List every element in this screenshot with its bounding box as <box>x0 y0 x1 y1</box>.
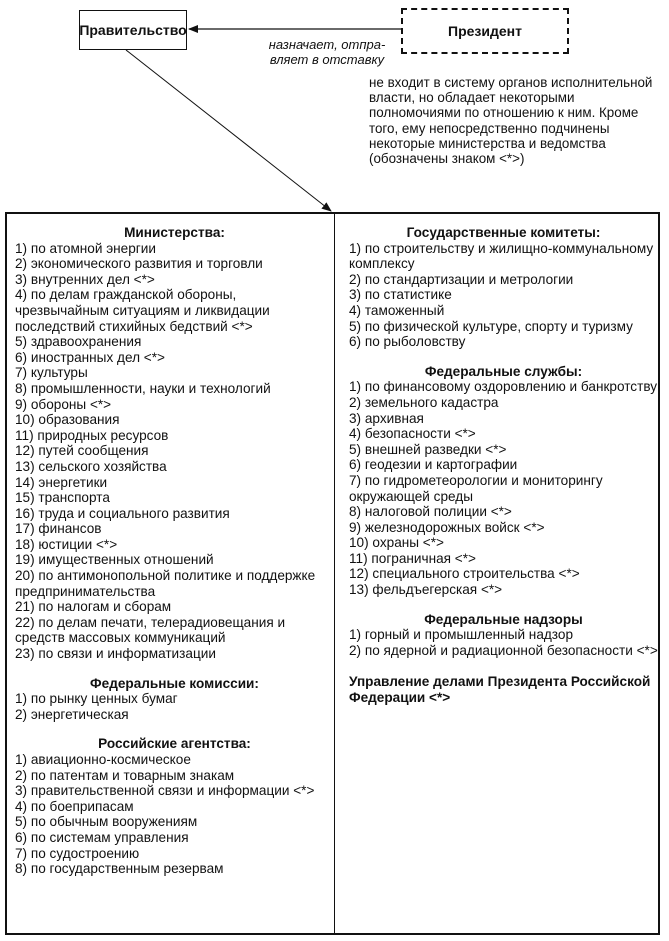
executive-bodies-table: Министерства:1) по атомной энергии2) эко… <box>5 212 660 935</box>
list-item: 19) имущественных отношений <box>15 552 334 568</box>
list-item: 3) правительственной связи и информации … <box>15 783 334 799</box>
list-item: 1) горный и промышленный надзор <box>349 627 658 643</box>
list-item: 1) по финансовому оздоровлению и банкрот… <box>349 379 658 395</box>
list-item: 23) по связи и информатизации <box>15 646 334 662</box>
list-item: 4) таможенный <box>349 303 658 319</box>
list-item: 1) по рынку ценных бумаг <box>15 691 334 707</box>
left-column: Министерства:1) по атомной энергии2) эко… <box>7 214 335 933</box>
section-title: Федеральные комиссии: <box>15 676 334 692</box>
list-item: 13) фельдъегерская <*> <box>349 582 658 598</box>
list-item: 3) внутренних дел <*> <box>15 272 334 288</box>
list-item: 18) юстиции <*> <box>15 537 334 553</box>
list-item: 3) по статистике <box>349 287 658 303</box>
list-item: 7) культуры <box>15 365 334 381</box>
list-item: 4) по делам гражданской обороны, чрезвыч… <box>15 287 334 334</box>
section-title: Федеральные надзоры <box>349 612 658 628</box>
list-item: 15) транспорта <box>15 490 334 506</box>
list-item: 11) пограничная <*> <box>349 551 658 567</box>
list-item: 17) финансов <box>15 521 334 537</box>
list-item: 5) по обычным вооружениям <box>15 814 334 830</box>
list-item: 1) по атомной энергии <box>15 241 334 257</box>
list-item: 5) внешней разведки <*> <box>349 442 658 458</box>
list-item: 9) обороны <*> <box>15 397 334 413</box>
list-item: 4) по боеприпасам <box>15 799 334 815</box>
list-item: 5) по физической культуре, спорту и тури… <box>349 319 658 335</box>
list-item: 2) по ядерной и радиационной безопасност… <box>349 643 658 659</box>
list-item: 11) природных ресурсов <box>15 428 334 444</box>
list-item: 12) специального строительства <*> <box>349 566 658 582</box>
section-title: Министерства: <box>15 225 334 241</box>
government-box: Правительство <box>79 10 187 50</box>
list-item: 2) по патентам и товарным знакам <box>15 768 334 784</box>
list-item: 10) охраны <*> <box>349 535 658 551</box>
section: Государственные комитеты:1) по строитель… <box>349 225 658 350</box>
list-item: 7) по судостроению <box>15 846 334 862</box>
president-note: не входит в систему органов исполнительн… <box>369 75 669 166</box>
arrow-label: назначает, отпра- вляет в отставку <box>251 37 403 67</box>
list-item: 13) сельского хозяйства <box>15 459 334 475</box>
list-item: 21) по налогам и сборам <box>15 599 334 615</box>
list-item: 2) энергетическая <box>15 707 334 723</box>
subordination-arrow <box>126 50 331 211</box>
right-column: Государственные комитеты:1) по строитель… <box>335 214 658 933</box>
list-item: 14) энергетики <box>15 475 334 491</box>
list-item: 16) труда и социального развития <box>15 506 334 522</box>
list-item: 2) земельного кадастра <box>349 395 658 411</box>
list-item: 7) по гидрометеорологии и мониторингу ок… <box>349 473 658 504</box>
list-item: 6) по рыболовству <box>349 334 658 350</box>
list-item: 8) по государственным резервам <box>15 861 334 877</box>
section: Российские агентства:1) авиационно-косми… <box>15 736 334 876</box>
section: Федеральные службы:1) по финансовому озд… <box>349 364 658 598</box>
list-item: 2) по стандартизации и метрологии <box>349 272 658 288</box>
government-label: Правительство <box>79 22 186 38</box>
list-item: 1) по строительству и жилищно-коммунальн… <box>349 241 658 272</box>
list-item: 8) налоговой полиции <*> <box>349 504 658 520</box>
list-item: 2) экономического развития и торговли <box>15 256 334 272</box>
list-item: 10) образования <box>15 412 334 428</box>
list-item: 6) иностранных дел <*> <box>15 350 334 366</box>
list-item: 6) по системам управления <box>15 830 334 846</box>
section: Федеральные комиссии:1) по рынку ценных … <box>15 676 334 723</box>
presidential-administration-title: Управление делами Президента Российской … <box>349 674 658 705</box>
president-label: Президент <box>448 23 522 39</box>
section-title: Федеральные службы: <box>349 364 658 380</box>
section-title: Российские агентства: <box>15 736 334 752</box>
list-item: 12) путей сообщения <box>15 443 334 459</box>
list-item: 20) по антимонопольной политике и поддер… <box>15 568 334 599</box>
list-item: 6) геодезии и картографии <box>349 457 658 473</box>
president-box: Президент <box>401 8 569 54</box>
section-title: Государственные комитеты: <box>349 225 658 241</box>
list-item: 22) по делам печати, телерадиовещания и … <box>15 615 334 646</box>
list-item: 9) железнодорожных войск <*> <box>349 520 658 536</box>
list-item: 5) здравоохранения <box>15 334 334 350</box>
list-item: 1) авиационно-космическое <box>15 752 334 768</box>
section: Федеральные надзоры1) горный и промышлен… <box>349 612 658 659</box>
list-item: 4) безопасности <*> <box>349 426 658 442</box>
section: Министерства:1) по атомной энергии2) эко… <box>15 225 334 662</box>
list-item: 3) архивная <box>349 411 658 427</box>
list-item: 8) промышленности, науки и технологий <box>15 381 334 397</box>
